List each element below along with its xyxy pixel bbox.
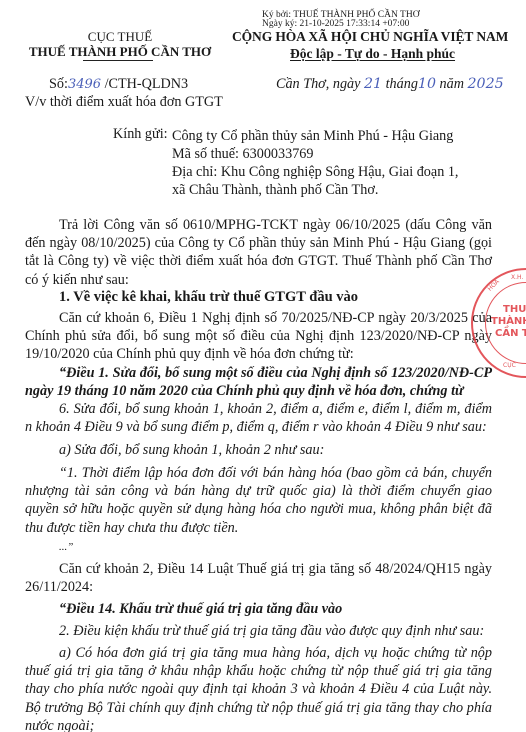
- quote-2-item-a: a) Có hóa đơn giá trị gia tăng mua hàng …: [25, 644, 492, 732]
- stamp-line-2: THÀNH: [491, 316, 526, 327]
- doc-number-label: Số:: [49, 76, 68, 92]
- date-day: 21: [364, 76, 382, 92]
- agency-name: CỤC THUẾ: [0, 29, 240, 44]
- agency-header: CỤC THUẾ THUẾ THÀNH PHỐ CẦN THƠ: [0, 29, 240, 59]
- date-year: 2025: [468, 76, 504, 92]
- stamp-top-text: X.H.: [511, 274, 523, 281]
- nation-motto: Độc lập - Tự do - Hạnh phúc: [290, 46, 455, 62]
- doc-number: Số:3496 /CTH-QLDN3: [49, 75, 188, 94]
- stamp-bottom-text: CỤC: [503, 362, 516, 369]
- doc-number-suffix: /CTH-QLDN3: [105, 76, 189, 92]
- month-label: tháng: [386, 76, 418, 92]
- recipient-company: Công ty Cổ phần thủy sản Minh Phú - Hậu …: [172, 127, 453, 145]
- date-month: 10: [418, 76, 436, 92]
- basis-2-paragraph: Căn cứ khoản 2, Điều 14 Luật Thuế giá tr…: [25, 560, 492, 596]
- stamp-line-3: CẦN T: [495, 328, 526, 339]
- quote-2-item-2: 2. Điều kiện khấu trừ thuế giá trị gia t…: [59, 622, 484, 640]
- quote-1-item-a: a) Sửa đổi, bổ sung khoản 1, khoản 2 như…: [59, 441, 324, 459]
- place-date: Cần Thơ, ngày 21 tháng10 năm 2025: [276, 75, 504, 93]
- recipient-tax-code: Mã số thuế: 6300033769: [172, 145, 313, 163]
- quote-1-clause-1: “1. Thời điểm lập hóa đơn đối với bán hà…: [25, 464, 492, 537]
- recipient-address-line2: xã Châu Thành, thành phố Cần Thơ.: [172, 181, 378, 199]
- place-date-prefix: Cần Thơ, ngày: [276, 76, 360, 92]
- quote-2-title: “Điều 14. Khấu trừ thuế giá trị gia tăng…: [59, 600, 342, 618]
- quote-1-ellipsis: ...”: [59, 538, 73, 556]
- quote-1-title: “Điều 1. Sửa đổi, bổ sung một số điều củ…: [25, 364, 492, 400]
- agency-divider: [83, 60, 153, 61]
- doc-number-handwritten: 3496: [68, 77, 101, 92]
- recipient-address-line1: Địa chỉ: Khu Công nghiệp Sông Hậu, Giai …: [172, 163, 458, 181]
- signature-date: Ngày ký: 21-10-2025 17:33:14 +07:00: [262, 20, 409, 29]
- section-1-title: 1. Về việc kê khai, khấu trừ thuế GTGT đ…: [59, 288, 358, 306]
- intro-paragraph: Trả lời Công văn số 0610/MPHG-TCKT ngày …: [25, 216, 492, 289]
- year-label: năm: [440, 76, 464, 92]
- sub-agency-name: THUẾ THÀNH PHỐ CẦN THƠ: [0, 44, 240, 59]
- basis-1-paragraph: Căn cứ khoản 6, Điều 1 Nghị định số 70/2…: [25, 309, 492, 364]
- stamp-line-1: THU: [503, 304, 526, 315]
- nation-title: CỘNG HÒA XÃ HỘI CHỦ NGHĨA VIỆT NAM: [232, 29, 508, 45]
- recipient-label: Kính gửi:: [113, 125, 168, 143]
- quote-1-item-6: 6. Sửa đổi, bổ sung khoản 1, khoản 2, đi…: [25, 400, 492, 436]
- document-subject: V/v thời điểm xuất hóa đơn GTGT: [25, 93, 223, 111]
